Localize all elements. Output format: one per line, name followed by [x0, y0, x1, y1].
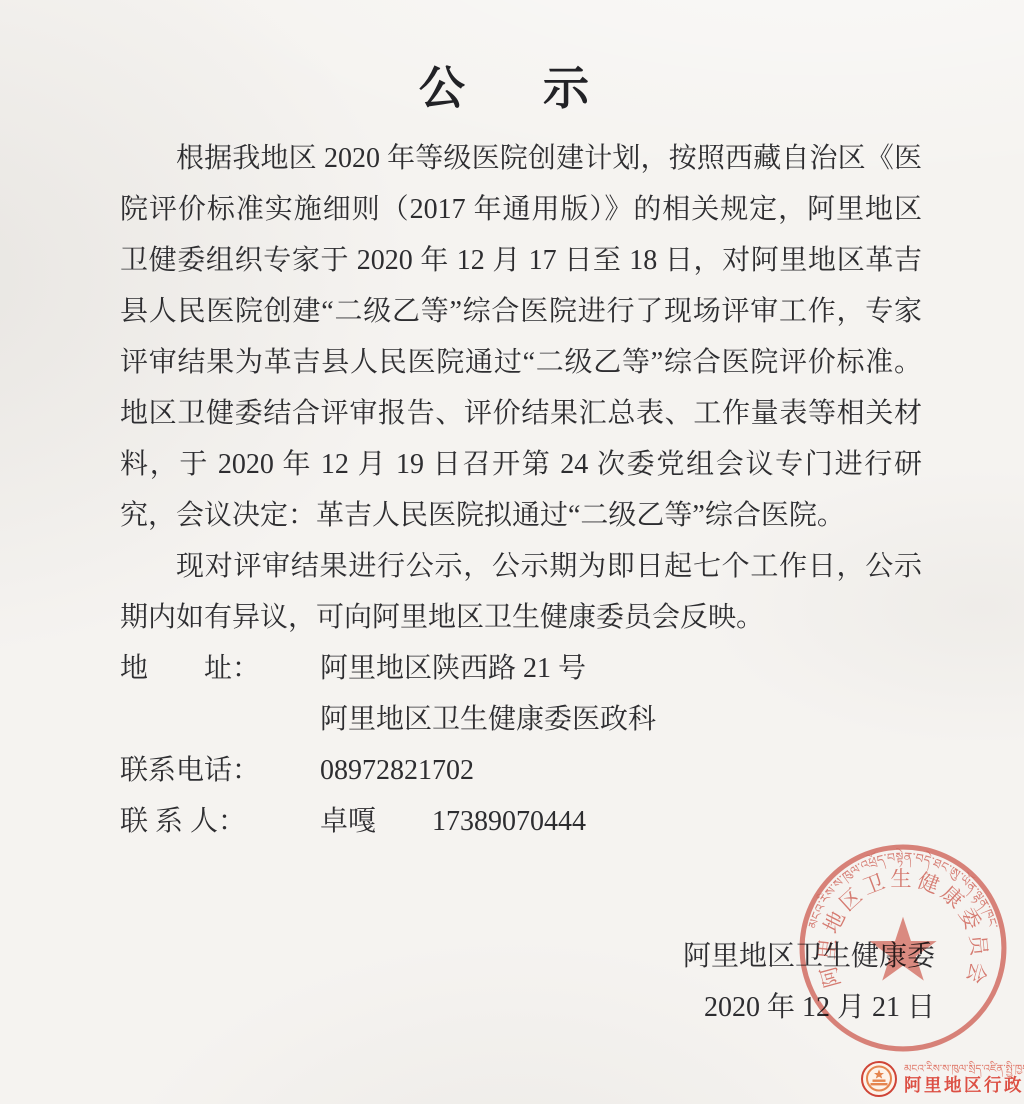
address-label-spacer: [120, 694, 320, 745]
contact-row-address: 地 址： 阿里地区陕西路 21 号: [120, 643, 922, 694]
contact-row-phone: 联系电话： 08972821702: [120, 745, 922, 796]
address-value-2: 阿里地区卫生健康委医政科: [320, 694, 656, 745]
phone-label: 联系电话：: [120, 745, 320, 796]
person-name: 卓嘎: [320, 796, 376, 847]
footer-tibetan-label: མངའ་རིས་ས་ཁུལ་སྲིད་འཛིན་སྤྱི་ཁྱབ་ཁང་།: [904, 1063, 1024, 1075]
footer-brand: མངའ་རིས་ས་ཁུལ་སྲིད་འཛིན་སྤྱི་ཁྱབ་ཁང་། 阿里…: [860, 1060, 1020, 1098]
contact-row-person: 联 系 人： 卓嘎 17389070444: [120, 796, 922, 847]
phone-value: 08972821702: [320, 745, 474, 796]
page-title: 公 示: [0, 52, 1024, 118]
person-phone: 17389070444: [432, 796, 586, 847]
footer-text: མངའ་རིས་ས་ཁུལ་སྲིད་འཛིན་སྤྱི་ཁྱབ་ཁང་། 阿里…: [904, 1063, 1024, 1095]
contact-block: 地 址： 阿里地区陕西路 21 号 阿里地区卫生健康委医政科 联系电话： 089…: [120, 643, 922, 847]
national-emblem-icon: [860, 1060, 898, 1098]
document-body: 根据我地区 2020 年等级医院创建计划，按照西藏自治区《医院评价标准实施细则（…: [120, 133, 922, 847]
footer-org-label: 阿里地区行政公署: [904, 1075, 1024, 1095]
official-seal-graphic: མངའ་རིས་ས་ཁུལ་འཕྲོད་བསྟེན་བདེ་ཐང་ཨུ་ཡོན་…: [796, 841, 1010, 1055]
address-label: 地 址：: [120, 643, 320, 694]
address-value: 阿里地区陕西路 21 号: [320, 643, 586, 694]
person-label: 联 系 人：: [120, 796, 320, 847]
paragraph-1: 根据我地区 2020 年等级医院创建计划，按照西藏自治区《医院评价标准实施细则（…: [120, 133, 922, 541]
official-seal: མངའ་རིས་ས་ཁུལ་འཕྲོད་བསྟེན་བདེ་ཐང་ཨུ་ཡོན་…: [796, 841, 1010, 1055]
paragraph-2: 现对评审结果进行公示，公示期为即日起七个工作日，公示期内如有异议，可向阿里地区卫…: [120, 541, 922, 643]
seal-star-icon: [869, 917, 936, 981]
contact-row-address2: 阿里地区卫生健康委医政科: [120, 694, 922, 745]
